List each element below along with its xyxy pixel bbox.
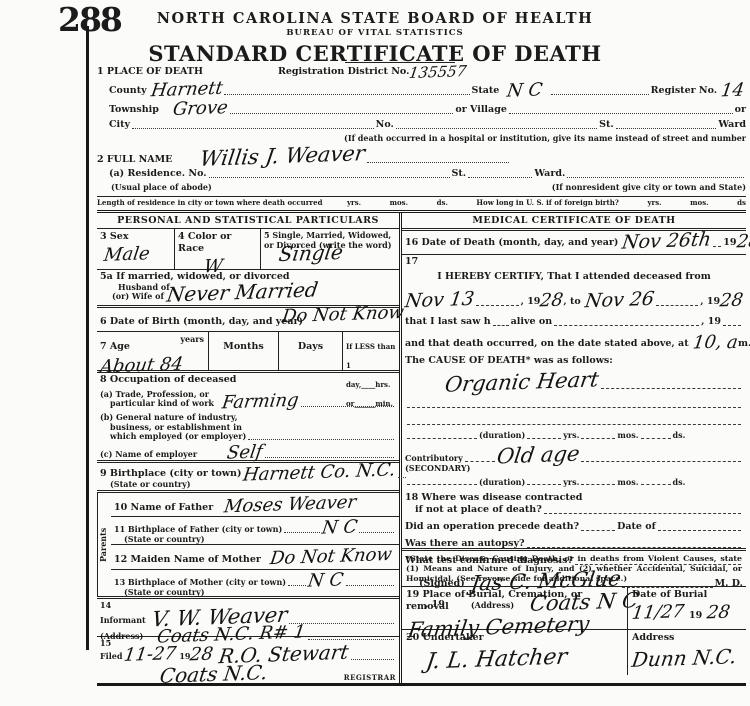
father-birthplace-row: 11 Birthplace of Father (city or town) N… (111, 517, 399, 545)
city-ward-label: Ward (718, 119, 746, 131)
mother-birthplace-sub: (State or country) (124, 588, 396, 598)
where-contracted-label-2: if not at place of death? (415, 504, 542, 516)
trade-value: Farming (221, 392, 300, 413)
register-no-label: Register No. (651, 85, 717, 97)
where-contracted-label: 18 Where was disease contracted (405, 492, 743, 504)
informant-label: Informant (100, 616, 146, 626)
marital-cell: 5 Single, Married, Widowed, or Divorced … (261, 229, 399, 269)
or-village-label: or Village (455, 104, 507, 116)
burial-place-cell: 19 Place of Burial, Cremation, or remova… (402, 587, 628, 629)
residence-st-label: St. (452, 168, 467, 180)
sex-value: Male (103, 245, 151, 265)
burial-year-prefix: 19 (689, 610, 702, 621)
mother-name-row: 12 Maiden Name of Mother Do Not Know (111, 545, 399, 570)
burial-date-label: Date of Burial (632, 589, 742, 601)
age-years-label: years (180, 335, 204, 345)
city-no-label: No. (376, 119, 394, 131)
death-hour-value: 10, (691, 333, 722, 352)
hospital-note: (If death occurred in a hospital or inst… (344, 134, 746, 144)
dob-block: 6 Date of Birth (month, day, and year) D… (97, 308, 399, 332)
length-residence-row: Length of residence in city or town wher… (97, 196, 746, 208)
duration-label-2: (duration) (479, 478, 525, 488)
sex-race-marital-row: 3 Sex Male 4 Color or Race W 5 Single, M… (97, 229, 399, 270)
footnote-text: *State the Disease Causing Death, or in … (406, 554, 742, 583)
alive-19: , 19 (701, 316, 721, 328)
age-label: 7 Age (100, 341, 130, 352)
personal-column: PERSONAL AND STATISTICAL PARTICULARS 3 S… (97, 213, 402, 683)
age-months-label: Months (223, 341, 263, 352)
cause-of-death-value: Organic Heart (444, 370, 601, 396)
hospital-note-row: (If death occurred in a hospital or inst… (97, 134, 746, 144)
footnote-block: *State the Disease Causing Death, or in … (402, 551, 746, 587)
dob-value: Do Not Know (281, 304, 405, 326)
burial-row: 19 Place of Burial, Cremation, or remova… (402, 587, 746, 630)
abode-note-row: (Usual place of abode) (If nonresident g… (97, 183, 746, 193)
personal-section-title: PERSONAL AND STATISTICAL PARTICULARS (97, 213, 399, 229)
age-days-label: Days (298, 341, 323, 352)
undertaker-address-cell: Address Dunn N.C. (628, 630, 746, 675)
burial-place-label: 19 Place of Burial, Cremation, or remova… (406, 589, 623, 613)
father-name-value: Moses Weaver (223, 494, 357, 517)
attended-from-year: 28 (539, 291, 564, 310)
employer-label: (c) Name of employer (100, 450, 197, 460)
duration-mos-2: mos. (617, 478, 638, 488)
filed-date-value: 11-27 (123, 645, 177, 665)
undertaker-row: 20 Undertaker J. L. Hatcher Address Dunn… (402, 630, 746, 675)
duration-mos-1: mos. (617, 431, 638, 441)
full-name-label: 2 FULL NAME (97, 154, 172, 166)
dod-year-value: 28 (735, 233, 750, 252)
certification-block: 17 I HEREBY CERTIFY, That I attended dec… (402, 255, 746, 551)
filed-block: 15 Filed 11-27 19 28 R.O. Stewart Coats … (97, 637, 399, 683)
undertaker-address-label: Address (632, 632, 742, 644)
duration-ds-1: ds. (673, 431, 686, 441)
industry-label-3: which employed (or employer) (110, 432, 246, 442)
attended-to-year: 28 (719, 291, 744, 310)
autopsy-label: Was there an autopsy? (405, 538, 525, 550)
undertaker-value: J. L. Hatcher (424, 647, 568, 674)
last-saw-label: that I last saw h (405, 316, 491, 328)
date-of-death-row: 16 Date of Death (month, day, and year) … (402, 231, 746, 255)
trade-label-2: particular kind of work (110, 399, 214, 409)
mother-birthplace-row: 13 Birthplace of Mother (city or town) N… (111, 570, 399, 597)
father-name-row: 10 Name of Father Moses Weaver (111, 493, 399, 517)
cause-of-death-label: The CAUSE OF DEATH* was as follows: (405, 355, 743, 367)
certificate-header: NORTH CAROLINA STATE BOARD OF HEALTH BUR… (0, 10, 750, 66)
marital-value: Single (278, 242, 345, 264)
filed-label: Filed (100, 652, 122, 662)
to-label: , to (563, 296, 580, 308)
to-19: , 19 (700, 296, 720, 308)
residence-row: (a) Residence. No. St. Ward. (97, 168, 746, 180)
register-no-value: 14 (720, 82, 745, 101)
full-name-row: 2 FULL NAME Willis J. Weaver (97, 146, 746, 165)
color-race-cell: 4 Color or Race W (175, 229, 261, 269)
informant-block: 14 Informant V. W. Weaver (Address) Coat… (97, 599, 399, 637)
how-long-us-label: How long in U. S. if of foreign birth? (476, 199, 619, 207)
mother-name-label: 12 Maiden Name of Mother (114, 554, 261, 565)
registrar-label: REGISTRAR (344, 673, 396, 682)
date-of-death-label: 16 Date of Death (month, day, and year) (405, 237, 618, 249)
mos-label: mos. (390, 199, 408, 207)
burial-date-year: 28 (706, 604, 731, 623)
mos2-label: mos. (690, 199, 708, 207)
certificate-columns: PERSONAL AND STATISTICAL PARTICULARS 3 S… (97, 210, 746, 686)
married-to-value: Never Married (166, 279, 320, 304)
duration-ds-2: ds. (673, 478, 686, 488)
from-19: , 19 (521, 296, 541, 308)
registration-district-label: Registration District No. (278, 66, 409, 78)
age-less-cell: If LESS than 1 day,____hrs. or______min. (343, 332, 399, 370)
township-row: Township Grove or Village or (97, 100, 746, 116)
employer-value: Self (226, 443, 264, 462)
or-label: or (735, 104, 746, 116)
place-of-death-label: 1 PLACE OF DEATH (97, 66, 203, 78)
ds-label: ds. (437, 199, 448, 207)
undertaker-cell: 20 Undertaker J. L. Hatcher (402, 630, 628, 675)
length-residence-label: Length of residence in city or town wher… (97, 199, 322, 207)
undertaker-label: 20 Undertaker (406, 632, 623, 644)
death-certificate-page: 288 NORTH CAROLINA STATE BOARD OF HEALTH… (0, 0, 750, 706)
parents-vertical-label: Parents (97, 493, 111, 596)
place-of-death-row: 1 PLACE OF DEATH Registration District N… (97, 65, 746, 78)
item-17-number: 17 (405, 256, 743, 268)
board-title: NORTH CAROLINA STATE BOARD OF HEALTH (0, 10, 750, 27)
certificate-form: 1 PLACE OF DEATH Registration District N… (97, 65, 746, 686)
duration-yrs-1: yrs. (563, 431, 579, 441)
medical-column: MEDICAL CERTIFICATE OF DEATH 16 Date of … (402, 213, 746, 683)
bureau-subtitle: BUREAU OF VITAL STATISTICS (0, 28, 750, 38)
yrs-label: yrs. (347, 199, 361, 207)
residence-ward-label: Ward. (534, 168, 565, 180)
registrar-address-value: Coats N.C. (159, 662, 269, 686)
city-row: City No. St. Ward (97, 119, 746, 131)
full-name-value: Willis J. Weaver (199, 144, 367, 171)
occupation-label: 8 Occupation of deceased (100, 374, 396, 386)
burial-date-cell: Date of Burial 11/27 19 28 (628, 587, 746, 629)
residence-label: (a) Residence. No. (109, 168, 207, 180)
ds2-label: ds (737, 199, 746, 207)
age-months-cell: Months (209, 332, 279, 370)
parents-block: Parents 10 Name of Father Moses Weaver 1… (97, 493, 399, 599)
attended-to-value: Nov 26 (583, 289, 655, 311)
yrs2-label: yrs. (647, 199, 661, 207)
operation-label: Did an operation precede death? (405, 521, 579, 533)
birthplace-block: 9 Birthplace (city or town) Harnett Co. … (97, 463, 399, 493)
father-birthplace-value: N C (320, 518, 358, 537)
township-value: Grove (172, 99, 229, 119)
age-row: 7 Age years About 84 Months Days If LESS… (97, 332, 399, 373)
county-row: County Harnett State N C Register No. 14 (97, 81, 746, 97)
sex-label: 3 Sex (100, 231, 171, 243)
death-occurred-label: and that death occurred, on the date sta… (405, 338, 689, 350)
attended-from-value: Nov 13 (404, 289, 476, 311)
m-label: m. (738, 338, 750, 350)
township-label: Township (109, 104, 159, 116)
age-years-cell: 7 Age years About 84 (97, 332, 209, 370)
certify-statement: I HEREBY CERTIFY, That I attended deceas… (405, 271, 743, 283)
sex-cell: 3 Sex Male (97, 229, 175, 269)
registration-district-value: 135557 (408, 64, 467, 81)
date-of-death-value: Nov 26th (621, 230, 713, 252)
alive-on-label: alive on (511, 316, 553, 328)
color-race-label: 4 Color or Race (178, 231, 257, 255)
operation-date-of-label: Date of (617, 521, 656, 533)
left-margin-rule (86, 26, 89, 650)
mother-birthplace-value: N C (307, 571, 345, 590)
dob-label: 6 Date of Birth (month, day, and year) (100, 316, 303, 327)
duration-label-1: (duration) (479, 431, 525, 441)
city-st-label: St. (599, 119, 614, 131)
age-days-cell: Days (279, 332, 343, 370)
dod-year-prefix: 19 (723, 237, 736, 249)
burial-date-value: 11/27 (631, 603, 685, 623)
married-to-block: 5a If married, widowed, or divorced Husb… (97, 270, 399, 308)
undertaker-address-value: Dunn N.C. (631, 646, 738, 670)
state-value: N C (506, 81, 544, 100)
county-label: County (109, 85, 147, 97)
contributory-value: Old age (495, 444, 580, 468)
city-label: City (109, 119, 130, 131)
duration-yrs-2: yrs. (563, 478, 579, 488)
state-label: State (472, 85, 500, 97)
occupation-block: 8 Occupation of deceased (a) Trade, Prof… (97, 373, 399, 463)
abode-note: (Usual place of abode) (111, 183, 212, 193)
mother-name-value: Do Not Know (269, 546, 393, 568)
nonresident-note: (If nonresident give city or town and St… (552, 183, 746, 193)
father-name-label: 10 Name of Father (114, 502, 213, 513)
